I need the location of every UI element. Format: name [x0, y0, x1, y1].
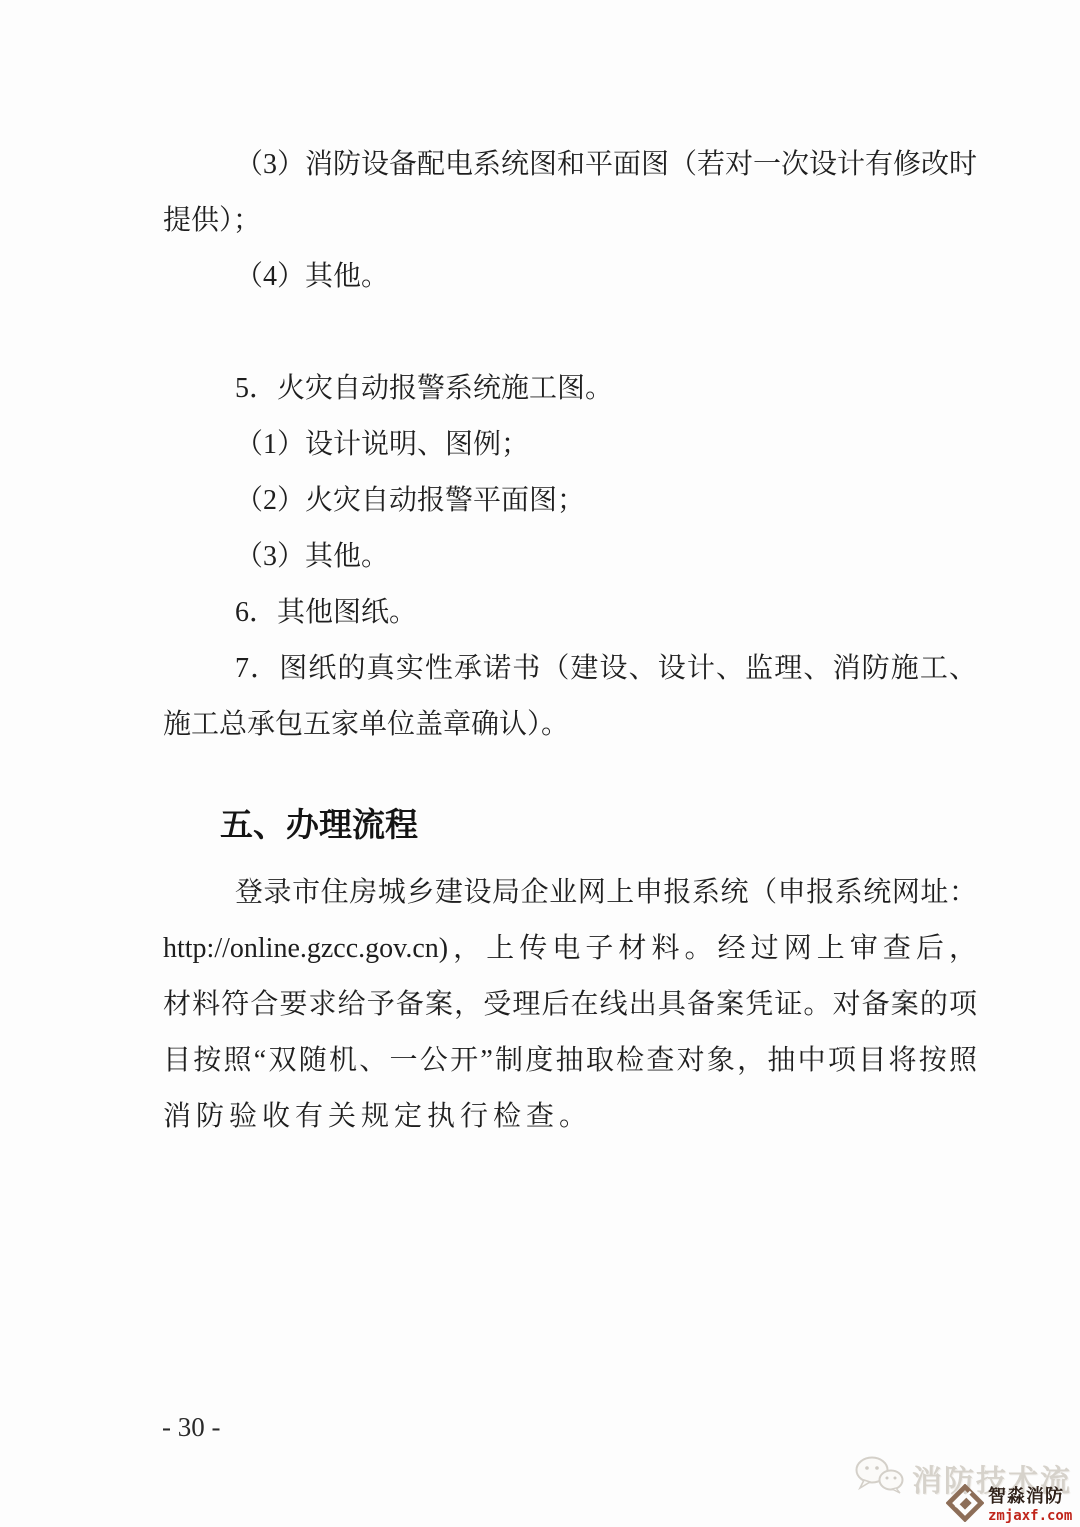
paragraph-line: 消防验收有关规定执行检查。 [163, 1089, 977, 1145]
doc-line: 6．其他图纸。 [163, 585, 977, 641]
paragraph-line: 登录市住房城乡建设局企业网上申报系统（申报系统网址： [163, 865, 977, 921]
doc-line: 提供）； [163, 193, 977, 249]
paragraph-line: http://online.gzcc.gov.cn)，上传电子材料。经过网上审查… [163, 921, 977, 977]
doc-line: 施工总承包五家单位盖章确认）。 [163, 697, 977, 753]
document-body: （3）消防设备配电系统图和平面图（若对一次设计有修改时 提供）； （4）其他。 … [163, 137, 977, 1145]
doc-line: （3）消防设备配电系统图和平面图（若对一次设计有修改时 [163, 137, 977, 193]
doc-line: （1）设计说明、图例； [163, 417, 977, 473]
section-gap [163, 753, 977, 797]
doc-line: （2）火灾自动报警平面图； [163, 473, 977, 529]
doc-line: （3）其他。 [163, 529, 977, 585]
document-page: （3）消防设备配电系统图和平面图（若对一次设计有修改时 提供）； （4）其他。 … [0, 0, 1080, 1527]
section-heading: 五、办理流程 [163, 797, 977, 853]
brand-watermark: 智淼消防 zmjaxf.com [946, 1484, 1072, 1527]
page-number: - 30 - [162, 1407, 220, 1447]
paragraph-line: 材料符合要求给予备案，受理后在线出具备案凭证。对备案的项 [163, 977, 977, 1033]
paragraph-line: 目按照“双随机、一公开”制度抽取检查对象，抽中项目将按照 [163, 1033, 977, 1089]
doc-line: 5．火灾自动报警系统施工图。 [163, 361, 977, 417]
doc-line: 7．图纸的真实性承诺书（建设、设计、监理、消防施工、 [163, 641, 977, 697]
brand-url: zmjaxf.com [988, 1509, 1072, 1523]
wechat-icon [854, 1455, 906, 1500]
blank-line [163, 305, 977, 361]
brand-name: 智淼消防 [988, 1488, 1072, 1506]
heading-gap [163, 853, 977, 865]
brand-logo-icon [946, 1484, 984, 1527]
doc-line: （4）其他。 [163, 249, 977, 305]
